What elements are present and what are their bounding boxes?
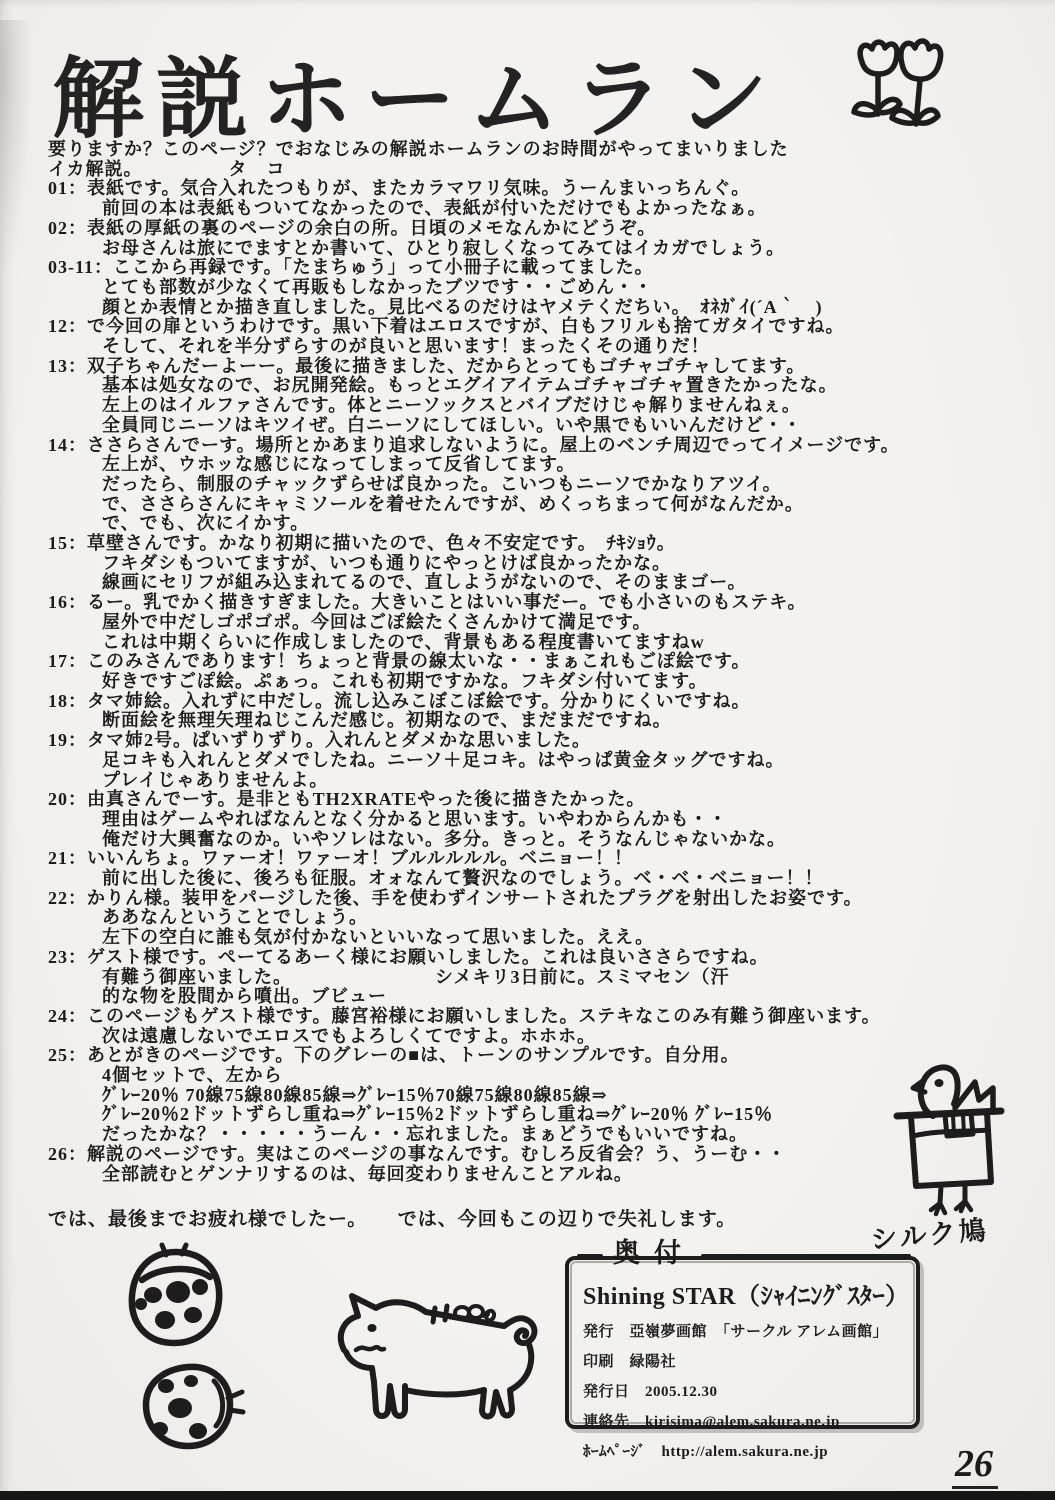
entry-first-line: 21：いいんちょ。ワァーオ！ワァーオ！ブルルルルル。ベニョー！！: [48, 849, 1023, 869]
entry-line: 俺だけ大興奮なのか。いやソレはない。多分。きっと。そうなんじゃないかな。: [102, 830, 1023, 850]
entry-label: 01：: [48, 178, 87, 198]
entry-line: プレイじゃありませんよ。: [102, 771, 1023, 791]
entry-line: 左上が、ウホッな感じになってしまって反省してます。: [102, 455, 1023, 475]
colophon-title-row: 奥付: [577, 1244, 911, 1270]
entry-line: 屋外で中だしゴポゴポ。今回はごぽ絵たくさんかけて満足です。: [102, 613, 1023, 633]
entry-first-line: 19：タマ姉2号。ぱいずりずり。入れんとダメかな思いました。: [48, 731, 1023, 751]
entry-label: 26：: [48, 1144, 87, 1164]
entry-line: 断面絵を無理矢理ねじこんだ感じ。初期なので、まだまだですね。: [102, 711, 1023, 731]
colophon-line: 印刷 緑陽社: [583, 1350, 917, 1371]
tulips-doodle: [850, 36, 950, 138]
entry-line: 4個セットで、左から: [102, 1066, 1023, 1086]
entry-first-line: 12：で今回の扉というわけです。黒い下着はエロスですが、白もフリルも捨てガタイで…: [48, 317, 1023, 337]
entry-label: 18：: [48, 691, 87, 711]
entry-line: ああなんということでしょう。: [102, 908, 1023, 928]
entry-first-line: 02：表紙の厚紙の裏のページの余白の所。日頃のメモなんかにどうぞ。: [48, 219, 1023, 239]
entry-label: 22：: [48, 888, 87, 908]
entry-first-line: 26：解説のページです。実はこのページの事なんです。むしろ反省会？う、うーむ・・: [48, 1145, 1023, 1165]
entry-label: 12：: [48, 316, 87, 336]
entry-first-line: 20：由真さんでーす。是非ともTH2XRATEやった後に描きたかった。: [48, 790, 1023, 810]
entry-first-line: 18：タマ姉絵。入れずに中だし。流し込みこぼこぼ絵です。分かりにくいですね。: [48, 692, 1023, 712]
colophon-line: 発行日 2005.12.30: [583, 1380, 917, 1401]
entry-label: 15：: [48, 533, 87, 553]
scanned-doujinshi-page: 解説ホームラン 要りますか？このページ？でおなじみの解説ホームランのお時間がやっ…: [0, 0, 1055, 1500]
entry-line: だったら、制服のチャックずらせば良かった。こいつもニーソでかなりアツイ。: [102, 475, 1023, 495]
scan-smudge: [0, 20, 32, 280]
entry-label: 14：: [48, 435, 87, 455]
colophon: 奥付 Shining STAR（ｼｬｲﾆﾝｸﾞｽﾀｰ） 発行 亞嶺夢画館 「サー…: [565, 1240, 927, 1436]
entry-line: 基本は処女なので、お尻開発絵。もっとエグイアイテムゴチャゴチャ置きたかったな。: [102, 376, 1023, 396]
entry-first-line: 17：このみさんであります！ちょっと背景の線太いな・・まぁこれもごぽ絵です。: [48, 652, 1023, 672]
colophon-rule-right: [701, 1254, 911, 1260]
entry-line: とても部数が少なくて再販もしなかったブツです・・ごめん・・: [102, 278, 1023, 298]
entry-label: 13：: [48, 356, 87, 376]
colophon-line: 連絡先 kirisima@alem.sakura.ne.jp: [583, 1410, 917, 1431]
entry-first-line: 24：このページもゲスト様です。藤宮裕様にお願いしました。ステキなこのみ有難う御…: [48, 1007, 1023, 1027]
entry-first-line: 16：るー。乳でかく描きすぎました。大きいことはいい事だー。でも小さいのもステキ…: [48, 593, 1023, 613]
entry-line: で、でも、次にイかす。: [102, 514, 1023, 534]
entry-label: 19：: [48, 730, 87, 750]
entry-first-line: 22：かりん様。装甲をパージした後、手を使わずインサートされたプラグを射出したお…: [48, 889, 1023, 909]
entry-line: フキダシもついてますが、いつも通りにやっとけば良かったかな。: [102, 554, 1023, 574]
entry-line: 線画にセリフが組み込まれてるので、直しようがないので、そのままゴー。: [102, 573, 1023, 593]
intro-line: イカ解説。 タ コ: [48, 160, 1023, 180]
entry-line: 全員同じニーソはキツイぜ。白ニーソにしてほしい。いや黒でもいいんだけど・・: [102, 416, 1023, 436]
entry-line: これは中期くらいに作成しましたので、背景もある程度書いてますねw: [102, 633, 1023, 653]
scan-edge-bar: [0, 1491, 1055, 1500]
colophon-content: Shining STAR（ｼｬｲﾆﾝｸﾞｽﾀｰ） 発行 亞嶺夢画館 「サークル …: [583, 1276, 917, 1461]
page-title: 解説ホームラン: [52, 29, 780, 156]
entry-label: 24：: [48, 1006, 87, 1026]
entry-line: ｸﾞﾚｰ20％2ドットずらし重ね⇒ｸﾞﾚｰ15％2ドットずらし重ね⇒ｸﾞﾚｰ20…: [102, 1105, 1023, 1125]
farewell-text: では、最後までお疲れ様でしたー。 では、今回もこの辺りで失礼します。: [48, 1204, 736, 1231]
ladybug-doodle-1: [120, 1242, 232, 1352]
entry-line: ｸﾞﾚｰ20％ 70線75線80線85線⇒ｸﾞﾚｰ15％70線75線80線85線…: [102, 1086, 1023, 1106]
entry-label: 16：: [48, 592, 87, 612]
entry-line: 前回の本は表紙もついてなかったので、表紙が付いただけでもよかったなぁ。: [102, 199, 1023, 219]
page-number: 26: [952, 1442, 998, 1489]
entry-line: 足コキも入れんとダメでしたね。ニーソ＋足コキ。はやっぱ黄金タッグですね。: [102, 751, 1023, 771]
entry-label: 17：: [48, 651, 87, 671]
entry-first-line: 15：草壁さんです。かなり初期に描いたので、色々不安定です。 ﾁｷｼｮｳ。: [48, 534, 1023, 554]
colophon-rule-left: [577, 1254, 603, 1260]
entry-line: 全部読むとゲンナリするのは、毎回変わりませんことアルね。: [102, 1165, 1023, 1185]
entry-label: 21：: [48, 848, 87, 868]
entry-line: で、ささらさんにキャミソールを着せたんですが、めくっちまって何がなんだか。: [102, 495, 1023, 515]
colophon-label: 奥付: [603, 1240, 701, 1266]
entry-label: 23：: [48, 947, 87, 967]
entry-line: 次は遠慮しないでエロスでもよろしくてですよ。ホホホ。: [102, 1027, 1023, 1047]
entry-line: 理由はゲームやればなんとなく分かると思います。いやわからんかも・・: [102, 810, 1023, 830]
colophon-line: ﾎｰﾑﾍﾟｰｼﾞ http://alem.sakura.ne.jp: [583, 1440, 917, 1461]
entry-label: 03-11：: [48, 257, 113, 277]
entry-line: 左上のはイルファさんです。体とニーソックスとバイブだけじゃ解りませんねぇ。: [102, 396, 1023, 416]
entry-first-line: 13：双子ちゃんだーよーー。最後に描きました、だからとってもゴチャゴチャしてます…: [48, 357, 1023, 377]
entry-label: 02：: [48, 218, 87, 238]
entry-label: 20：: [48, 789, 87, 809]
entry-first-line: 14：ささらさんでーす。場所とかあまり追求しないように。屋上のベンチ周辺でってイ…: [48, 436, 1023, 456]
entry-line: 好きですごぽ絵。ぷぁっ。これも初期ですかな。フキダシ付いてます。: [102, 672, 1023, 692]
silk-pigeon-doodle: [893, 1058, 1013, 1220]
entry-line: 有難う御座いました。 シメキリ3日前に。スミマセン（汗: [102, 968, 1023, 988]
commentary-section: 要りますか？このページ？でおなじみの解説ホームランのお時間がやってまいりました …: [48, 140, 1023, 1184]
entry-first-line: 25：あとがきのページです。下のグレーの■は、トーンのサンプルです。自分用。: [48, 1046, 1023, 1066]
entry-first-line: 23：ゲスト様です。ぺーてるあーく様にお願いしました。これは良いささらですね。: [48, 948, 1023, 968]
entry-line: お母さんは旅にでますとか書いて、ひとり寂しくなってみてはイカガでしょう。: [102, 239, 1023, 259]
dog-doodle: [332, 1286, 547, 1438]
entry-line: そして、それを半分ずらすのが良いと思います！まったくその通りだ！: [102, 337, 1023, 357]
entry-line: 前に出した後に、後ろも征服。オォなんて贅沢なのでしょう。ベ・ベ・ベニョー！！: [102, 869, 1023, 889]
ladybug-doodle-2: [138, 1360, 250, 1454]
entry-line: 顔とか表情とか描き直しました。見比べるのだけはヤメテくだちい。 ｵﾈｶﾞｲ(´A…: [102, 298, 1023, 318]
colophon-book-title: Shining STAR（ｼｬｲﾆﾝｸﾞｽﾀｰ）: [583, 1276, 917, 1311]
entry-first-line: 03-11：ここから再録です。「たまちゅう」って小冊子に載ってました。: [48, 258, 1023, 278]
entry-line: だったかな？・・・・・うーん・・忘れました。まぁどうでもいいですね。: [102, 1125, 1023, 1145]
intro-line: 要りますか？このページ？でおなじみの解説ホームランのお時間がやってまいりました: [48, 140, 1023, 160]
entry-line: 左下の空白に誰も気が付かないといいなって思いました。ええ。: [102, 928, 1023, 948]
colophon-line: 発行 亞嶺夢画館 「サークル アレム画館」: [583, 1320, 917, 1341]
entry-label: 25：: [48, 1045, 87, 1065]
entry-line: 的な物を股間から噴出。ブビュー: [102, 987, 1023, 1007]
entry-first-line: 01：表紙です。気合入れたつもりが、またカラマワリ気味。うーんまいっちんぐ。: [48, 179, 1023, 199]
